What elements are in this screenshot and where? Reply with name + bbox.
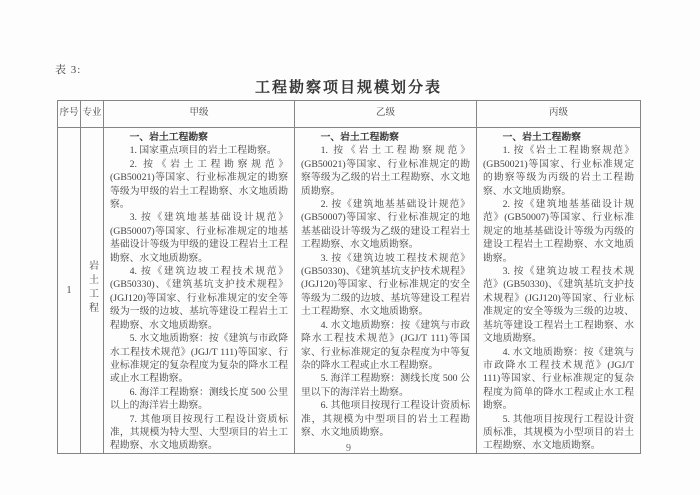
table-label: 表 3: (55, 61, 81, 77)
survey-scale-table: 序号 专业 甲级 乙级 丙级 1 岩土工程 一、岩土工程勘察 1. 国家重点项目… (57, 100, 641, 454)
grade-a-item: 1. 国家重点项目的岩土工程勘察。 (110, 144, 288, 157)
grade-c-item: 4. 水文地质勘察：按《建筑与市政降水工程技术规范》(JGJ/T 111)等国家… (483, 346, 634, 413)
table-header-row: 序号 专业 甲级 乙级 丙级 (58, 101, 641, 128)
grade-b-item: 6. 其他项目按现行工程设计资质标准，其规模为中型项目的岩土工程勘察、水文地质勘… (301, 399, 470, 439)
header-specialty: 专业 (81, 101, 104, 128)
grade-a-item: 3. 按《建筑地基基础设计规范》(GB50007)等国家、行业标准规定的地基基础… (110, 211, 288, 265)
grade-b-item: 5. 海洋工程勘察：测线长度 500 公里以下的海洋岩土勘察。 (301, 372, 470, 399)
grade-a-item: 2. 按《岩土工程勘察规范》(GB50021)等国家、行业标准规定的勘察等级为甲… (110, 158, 288, 212)
page-title: 工程勘察项目规模划分表 (57, 76, 640, 97)
header-seq: 序号 (58, 101, 81, 128)
grade-b-item: 3. 按《建筑边坡工程技术规范》(GB50330)、《建筑基坑支护技术规程》(J… (301, 252, 470, 319)
grade-c-item: 2. 按《建筑地基基础设计规范》(GB50007)等国家、行业标准规定的地基基础… (483, 198, 634, 265)
header-grade-b: 乙级 (295, 101, 477, 128)
grade-c-section-title: 一、岩土工程勘察 (483, 131, 634, 144)
header-grade-a: 甲级 (104, 101, 295, 128)
table-row: 1 岩土工程 一、岩土工程勘察 1. 国家重点项目的岩土工程勘察。 2. 按《岩… (58, 128, 641, 454)
grade-c-item: 3. 按《建筑边坡工程技术规范》(GB50330)、《建筑基坑支护技术规程》(J… (483, 265, 634, 345)
grade-a-item: 5. 水文地质勘察：按《建筑与市政降水工程技术规范》(JGJ/T 111)等国家… (110, 332, 288, 386)
row-seq: 1 (58, 128, 81, 454)
page-number: 9 (57, 443, 640, 454)
row-specialty-cell: 岩土工程 (81, 128, 104, 454)
grade-a-cell: 一、岩土工程勘察 1. 国家重点项目的岩土工程勘察。 2. 按《岩土工程勘察规范… (104, 128, 295, 454)
grade-b-item: 4. 水文地质勘察：按《建筑与市政降水工程技术规范》(JGJ/T 111)等国家… (301, 319, 470, 373)
header-grade-c: 丙级 (477, 101, 641, 128)
grade-b-section-title: 一、岩土工程勘察 (301, 131, 470, 144)
grade-a-item: 6. 海洋工程勘察：测线长度 500 公里以上的海洋岩土勘察。 (110, 386, 288, 413)
grade-b-item: 1. 按《岩土工程勘察规范》(GB50021)等国家、行业标准规定的勘察等级为乙… (301, 144, 470, 198)
grade-a-section-title: 一、岩土工程勘察 (110, 131, 288, 144)
document-page: 表 3: 工程勘察项目规模划分表 序号 专业 甲级 乙级 丙级 1 岩土工程 (0, 0, 700, 495)
grade-a-item: 4. 按《建筑边坡工程技术规范》(GB50330)、《建筑基坑支护技术规程》(J… (110, 265, 288, 332)
grade-b-item: 2. 按《建筑地基基础设计规范》(GB50007)等国家、行业标准规定的地基基础… (301, 198, 470, 252)
grade-c-cell: 一、岩土工程勘察 1. 按《岩土工程勘察规范》(GB50021)等国家、行业标准… (477, 128, 641, 454)
specialty-label: 岩土工程 (85, 260, 100, 316)
grade-c-item: 1. 按《岩土工程勘察规范》(GB50021)等国家、行业标准规定的勘察等级为丙… (483, 144, 634, 198)
grade-b-cell: 一、岩土工程勘察 1. 按《岩土工程勘察规范》(GB50021)等国家、行业标准… (295, 128, 477, 454)
